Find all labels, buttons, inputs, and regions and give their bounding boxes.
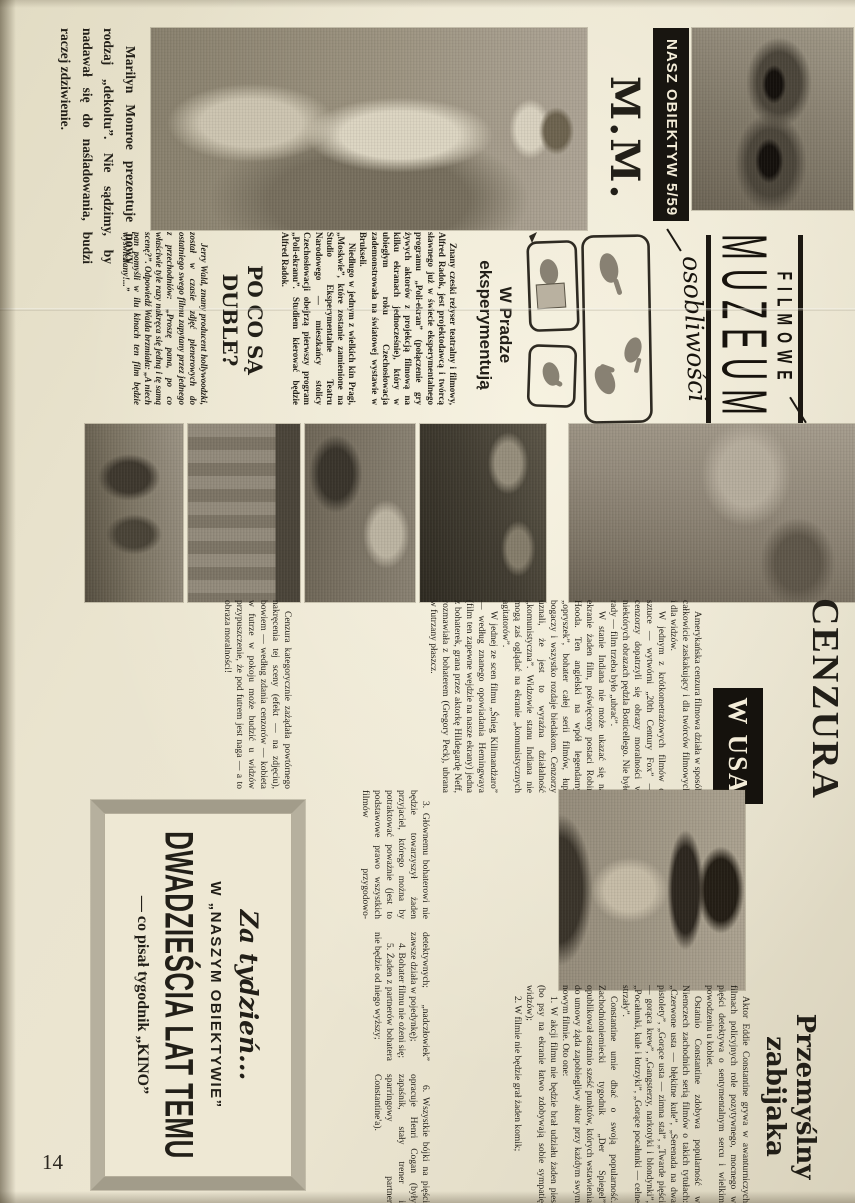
censorship-body-column-1: Amerykańska cenzura filmowa działa w spo… bbox=[299, 600, 703, 793]
photo-in-hand bbox=[536, 283, 566, 309]
next-week-label: Za tydzień... bbox=[234, 910, 263, 1081]
film-still-group-scene bbox=[85, 424, 183, 602]
mm-photo-caption: Marilyn Monroe prezentuje nowy rodzaj „d… bbox=[9, 28, 141, 264]
constantine-paragraph: 2. W filmie nie będzie grał żaden komik; bbox=[511, 985, 523, 1203]
logo-top-rule bbox=[798, 235, 803, 423]
constantine-body-bottom: 3. Głównemu bohaterowi nie będzie towarz… bbox=[309, 790, 431, 1203]
constantine-paragraph: 1. W akcji filmu nie będzie brał udziału… bbox=[523, 985, 559, 1203]
doubles-article-body: Jerry Wald, znany producent hollywoodzki… bbox=[61, 232, 209, 405]
prague-article-headline: W Pradze eksperymentują bbox=[474, 238, 515, 412]
censorship-paragraph: W jednej ze scen filmu „Śnieg Kilimandża… bbox=[427, 600, 499, 793]
hands-collage-illustration bbox=[525, 228, 653, 430]
constantine-paragraph: Aktor Eddie Constantine grywa w awanturn… bbox=[703, 985, 751, 1203]
eyes-closeup-photo bbox=[692, 28, 853, 210]
magazine-page-scan: NASZ OBIEKTYW 5/59 M.M. Marilyn Monroe p… bbox=[0, 0, 855, 1203]
next-week-subtitle: — co pisał tygodnik „KINO” bbox=[133, 896, 151, 1094]
film-still-interior-scene bbox=[305, 424, 415, 602]
doubles-article-headline: PO CO SĄ DUBLE? bbox=[217, 246, 267, 394]
section-header-bar: NASZ OBIEKTYW 5/59 bbox=[653, 28, 689, 221]
marilyn-monroe-photo bbox=[151, 28, 587, 230]
censorship-headline: CENZURA bbox=[803, 598, 847, 798]
constantine-paragraph: 5. Żaden z partnerów bohatera nie będzie… bbox=[371, 932, 395, 1061]
next-week-promo-box: Za tydzień... W „NASZYM OBIEKTYWIE” DWAD… bbox=[91, 800, 305, 1190]
constantine-paragraph: 6. Wszystkie bójki na pięści opracuje He… bbox=[371, 1074, 431, 1203]
page-number: 14 bbox=[42, 1150, 63, 1175]
mm-caption-text: Marilyn Monroe prezentuje nowy rodzaj „d… bbox=[55, 28, 141, 264]
censorship-paragraph: Amerykańska cenzura filmowa działa w spo… bbox=[667, 600, 703, 793]
rotated-page-content: NASZ OBIEKTYW 5/59 M.M. Marilyn Monroe p… bbox=[0, 0, 855, 1203]
censorship-paragraph: Cenzura kategorycznie zażądała powtórneg… bbox=[221, 600, 293, 789]
mm-article-title: M.M. bbox=[601, 76, 648, 208]
constantine-paragraph: Constantine umie dbać o swoją popularnoś… bbox=[559, 985, 619, 1203]
censorship-paragraph: W stanie Indiana nie może ukazać się na … bbox=[499, 600, 607, 793]
scan-crease-line bbox=[0, 308, 855, 311]
prague-paragraph: Znany czeski reżyser teatralny i filmowy… bbox=[357, 232, 458, 405]
nude-figure-photo bbox=[569, 424, 855, 602]
section-label: NASZ OBIEKTYW 5/59 bbox=[663, 39, 680, 216]
next-week-title: DWADZIEŚCIA LAT TEMU bbox=[154, 831, 202, 1159]
doubles-paragraph: Jerry Wald, znany producent hollywoodzki… bbox=[119, 232, 209, 405]
hand-shape bbox=[538, 251, 645, 397]
prague-headline-line1: W Pradze bbox=[495, 238, 515, 412]
doubles-headline-line2: DUBLE? bbox=[217, 246, 242, 394]
filmowe-muzeum-logo: FILMOWE MUZEUM osobliwości bbox=[655, 233, 803, 425]
next-week-section: W „NASZYM OBIEKTYWIE” bbox=[207, 881, 224, 1108]
constantine-article-headline: Przemyślny zabijaka bbox=[759, 990, 819, 1203]
constantine-headline-line1: Przemyślny bbox=[789, 990, 819, 1203]
prague-headline-line2: eksperymentują bbox=[474, 238, 494, 412]
scan-edge-shadow-left bbox=[0, 0, 16, 1203]
prague-article-body: Znany czeski reżyser teatralny i filmowy… bbox=[274, 232, 458, 405]
constantine-body-column-1: Aktor Eddie Constantine grywa w awanturn… bbox=[435, 985, 751, 1203]
logo-word-muzeum: MUZEUM bbox=[706, 233, 780, 425]
censorship-headline-sub: W USA bbox=[713, 688, 763, 804]
constantine-paragraph: Ostatnio Constantine zdobywa popularność… bbox=[619, 985, 703, 1203]
censorship-paragraph: W jednym z krótkometrażowych filmów o sz… bbox=[607, 600, 667, 793]
constantine-paragraph: 4. Bohater filmu nie ożeni się; bbox=[395, 932, 407, 1061]
constantine-headline-line2: zabijaka bbox=[759, 990, 789, 1203]
scan-edge-shadow-top bbox=[0, 0, 855, 8]
film-still-street-scene bbox=[188, 424, 300, 602]
scan-edge-shadow-bottom bbox=[0, 1191, 855, 1203]
doubles-headline-line1: PO CO SĄ bbox=[242, 246, 267, 394]
film-still-forest-scene bbox=[420, 424, 546, 602]
prague-paragraph: Niedługo w jednym z wielkich kin Pragi, … bbox=[279, 232, 357, 405]
eddie-constantine-photo bbox=[559, 790, 745, 990]
